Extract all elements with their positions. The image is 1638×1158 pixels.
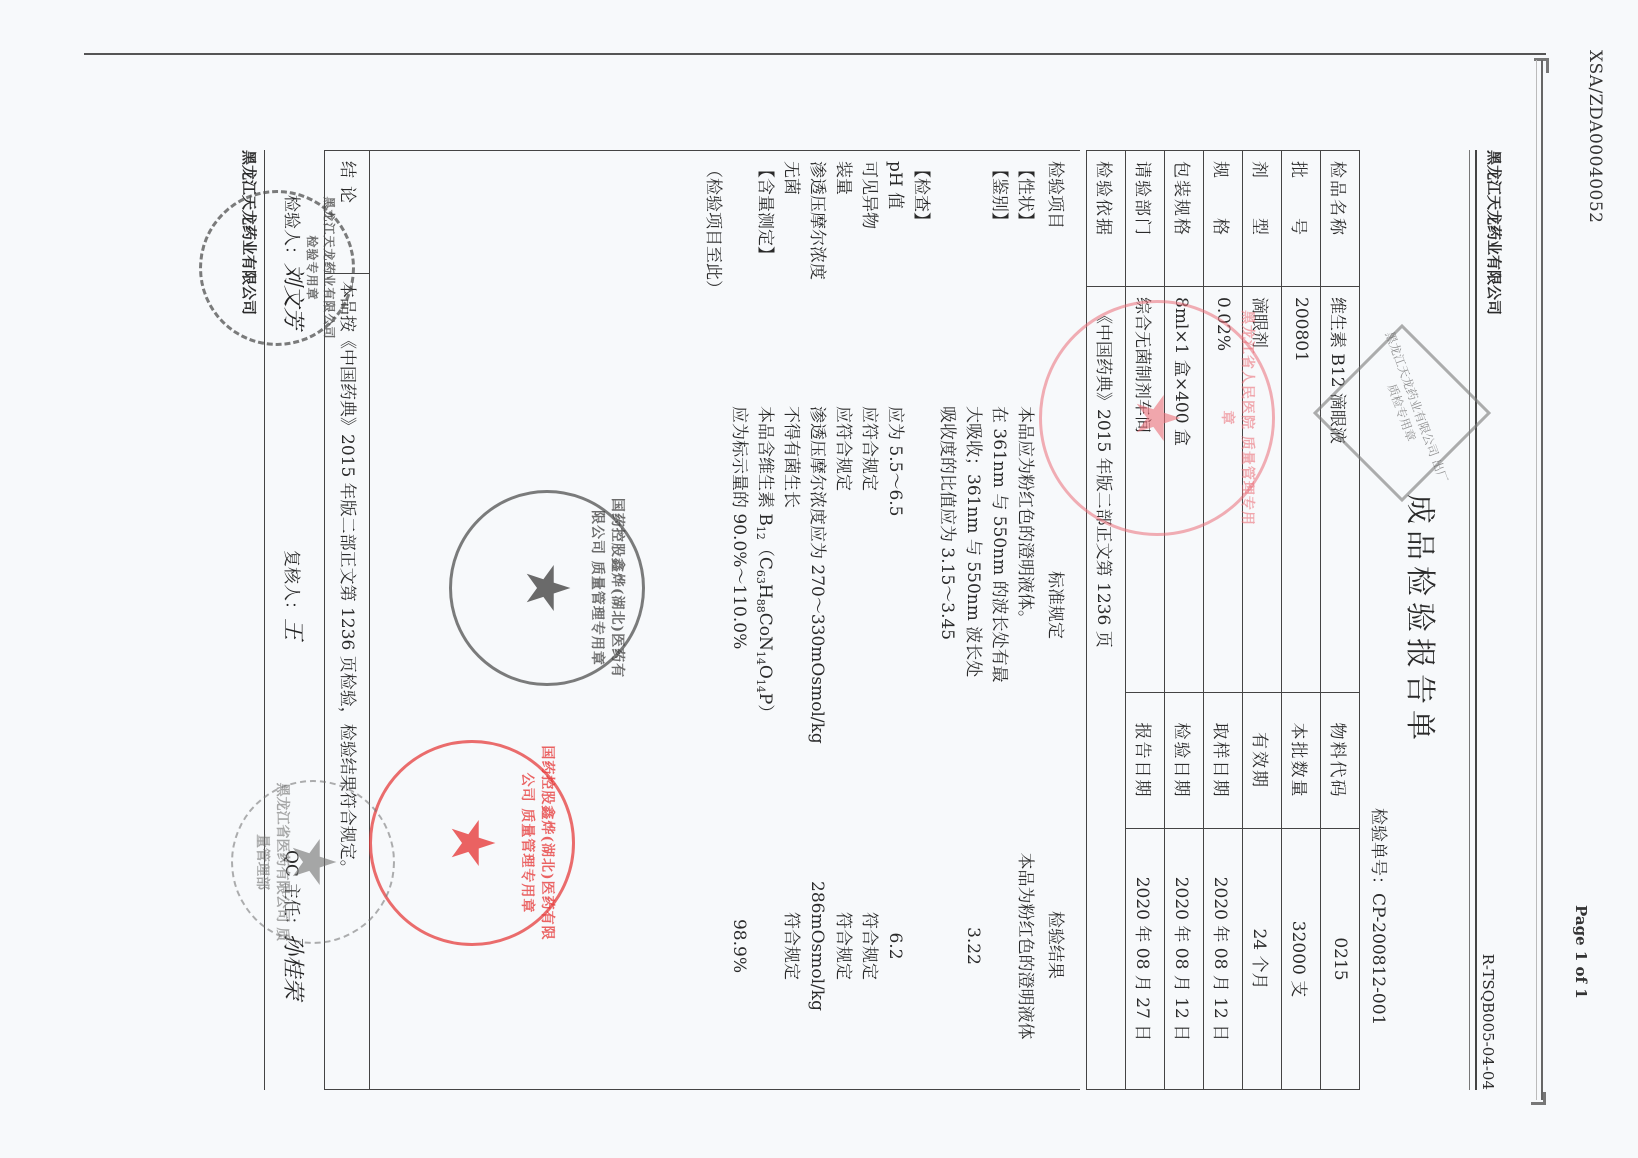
report-title: 成品检验报告单	[1401, 150, 1445, 1090]
qc-signature: 孙桂荣	[280, 933, 305, 999]
info-value-2: 2020 年 08 月 12 日	[1165, 829, 1204, 1090]
test-items-column: 【性状】【鉴别】【检查】pH 值可见异物装量渗透压摩尔浓度无菌【含量测定】（检验…	[700, 161, 1038, 391]
info-label: 批 号	[1282, 151, 1321, 287]
standard-line: 应符合规定	[830, 406, 856, 826]
standards-column: 本品应为粉红色的澄明液体。在 361nm 与 550nm 的波长处有最大吸收；3…	[700, 406, 1038, 826]
col-header-standards: 标准规定	[1045, 571, 1070, 639]
scan-border-right	[1541, 60, 1543, 1100]
company-header: 黑龙江天龙药业有限公司	[1480, 150, 1505, 1090]
info-label-2: 本批数量	[1282, 693, 1321, 829]
test-item: 装量	[830, 161, 856, 391]
info-label: 规 格	[1204, 151, 1243, 287]
info-row: 请验部门综合无菌制剂车间报告日期2020 年 08 月 27 日	[1126, 151, 1165, 1090]
info-value-2: 2020 年 08 月 27 日	[1126, 829, 1165, 1090]
conclusion-row: 结论 本品按《中国药典》2015 年版二部正文第 1236 页检验，检验结果符合…	[324, 150, 370, 1090]
reviewer-label: 复核人：	[281, 550, 301, 618]
header-rule	[1469, 150, 1477, 1090]
col-header-items: 检验项目	[1045, 161, 1070, 229]
result-line: 符合规定	[856, 811, 882, 1081]
basis-value: 《中国药典》2015 年版二部正文第 1236 页	[1087, 287, 1126, 1090]
info-value-2: 2020 年 08 月 12 日	[1204, 829, 1243, 1090]
results-column: 本品为粉红色的澄明液体3.226.2符合规定符合规定286mOsmol/kg符合…	[700, 811, 1038, 1081]
standard-line: 应为标示量的 90.0%～110.0%	[726, 406, 752, 826]
info-value: 0.02%	[1204, 287, 1243, 693]
info-label-2: 报告日期	[1126, 693, 1165, 829]
test-item: （检验项目至此）	[700, 161, 726, 391]
info-label: 请验部门	[1126, 151, 1165, 287]
result-line: 本品为粉红色的澄明液体	[1012, 811, 1038, 1081]
result-line: 286mOsmol/kg	[804, 811, 830, 1081]
result-line: 符合规定	[830, 811, 856, 1081]
test-item: 【检查】	[908, 161, 934, 391]
info-value-2: 32000 支	[1282, 829, 1321, 1090]
basis-label: 检验依据	[1087, 151, 1126, 287]
footer-rule	[264, 150, 265, 1090]
col-header-results: 检验结果	[1045, 911, 1070, 979]
standard-line: 大吸收；361nm 与 550nm 波长处	[960, 406, 986, 826]
info-label-2: 有效期	[1243, 693, 1282, 829]
info-row: 包装规格8ml×1 盒×400 盒检验日期2020 年 08 月 12 日	[1165, 151, 1204, 1090]
test-item: 【性状】	[1012, 161, 1038, 391]
standard-line	[700, 406, 726, 826]
test-item: 渗透压摩尔浓度	[804, 161, 830, 391]
qc-director: QC 主任：孙桂荣	[279, 850, 310, 999]
standard-line: 吸收度的比值应为 3.15～3.45	[934, 406, 960, 826]
report-number: 检验单号：CP-200812-001	[1368, 808, 1393, 1025]
info-row: 批 号200801本批数量32000 支	[1282, 151, 1321, 1090]
qc-label: QC 主任：	[281, 850, 301, 933]
info-value: 200801	[1282, 287, 1321, 693]
result-line	[986, 811, 1012, 1081]
info-row: 规 格0.02%取样日期2020 年 08 月 12 日	[1204, 151, 1243, 1090]
inspection-report-page: 黑龙江天龙药业有限公司 R-TSQB005-04-04 成品检验报告单 检验单号…	[105, 150, 1505, 1090]
inspector-signature: 刘文芳	[280, 263, 305, 329]
result-line: 3.22	[960, 811, 986, 1081]
standard-line	[908, 406, 934, 826]
test-item	[934, 161, 960, 391]
result-line: 6.2	[882, 811, 908, 1081]
info-label: 检品名称	[1321, 151, 1360, 287]
info-value-2: 24 个月	[1243, 829, 1282, 1090]
basis-row: 检验依据 《中国药典》2015 年版二部正文第 1236 页	[1087, 151, 1126, 1090]
test-item: 【含量测定】	[752, 161, 778, 391]
standard-line: 本品含维生素 B12（C63H88CoN14O14P）	[752, 406, 778, 826]
test-item	[726, 161, 752, 391]
reviewer-signature: 王	[280, 618, 305, 640]
form-code: R-TSQB005-04-04	[1479, 954, 1497, 1090]
product-info-table: 检品名称维生素 B12 滴眼液物料代码0215批 号200801本批数量3200…	[1086, 150, 1360, 1090]
info-label: 包装规格	[1165, 151, 1204, 287]
standard-line: 应为 5.5～6.5	[882, 406, 908, 826]
archive-code: XSA/ZDA00040052	[1585, 50, 1605, 224]
standard-line: 应符合规定	[856, 406, 882, 826]
info-value: 综合无菌制剂车间	[1126, 287, 1165, 693]
reviewer: 复核人：王	[279, 550, 310, 640]
standard-line: 不得有菌生长	[778, 406, 804, 826]
scan-border-top	[84, 53, 1546, 55]
result-line: 98.9%	[726, 811, 752, 1081]
test-results-section: 检验项目 标准规定 检验结果 【性状】【鉴别】【检查】pH 值可见异物装量渗透压…	[369, 150, 1080, 1090]
result-line	[934, 811, 960, 1081]
page-indicator: Page 1 of 1	[1572, 905, 1590, 999]
report-number-value: CP-200812-001	[1368, 893, 1388, 1025]
info-label-2: 物料代码	[1321, 693, 1360, 829]
info-row: 剂 型滴眼剂有效期24 个月	[1243, 151, 1282, 1090]
test-item: 无菌	[778, 161, 804, 391]
test-item: 【鉴别】	[986, 161, 1012, 391]
inspector: 检验人：刘文芳	[279, 195, 310, 329]
test-item	[960, 161, 986, 391]
info-label: 剂 型	[1243, 151, 1282, 287]
result-line	[752, 811, 778, 1081]
result-line: 符合规定	[778, 811, 804, 1081]
standard-line: 在 361nm 与 550nm 的波长处有最	[986, 406, 1012, 826]
scan-border-inner	[1536, 60, 1537, 1100]
info-value: 8ml×1 盒×400 盒	[1165, 287, 1204, 693]
standard-line: 渗透压摩尔浓度应为 270～330mOsmol/kg	[804, 406, 830, 826]
test-item: 可见异物	[856, 161, 882, 391]
conclusion-label: 结论	[325, 151, 369, 274]
test-item: pH 值	[882, 161, 908, 391]
info-value: 滴眼剂	[1243, 287, 1282, 693]
report-number-label: 检验单号：	[1368, 808, 1388, 893]
info-row: 检品名称维生素 B12 滴眼液物料代码0215	[1321, 151, 1360, 1090]
conclusion-text: 本品按《中国药典》2015 年版二部正文第 1236 页检验，检验结果符合规定。	[325, 281, 369, 877]
inspector-label: 检验人：	[281, 195, 301, 263]
scan-corner-mark-bottom	[1531, 1092, 1546, 1105]
footer-company: 黑龙江天龙药业有限公司	[239, 150, 260, 315]
info-value-2: 0215	[1321, 829, 1360, 1090]
info-label-2: 检验日期	[1165, 693, 1204, 829]
standard-line: 本品应为粉红色的澄明液体。	[1012, 406, 1038, 826]
result-line	[908, 811, 934, 1081]
info-value: 维生素 B12 滴眼液	[1321, 287, 1360, 693]
result-line	[700, 811, 726, 1081]
info-label-2: 取样日期	[1204, 693, 1243, 829]
